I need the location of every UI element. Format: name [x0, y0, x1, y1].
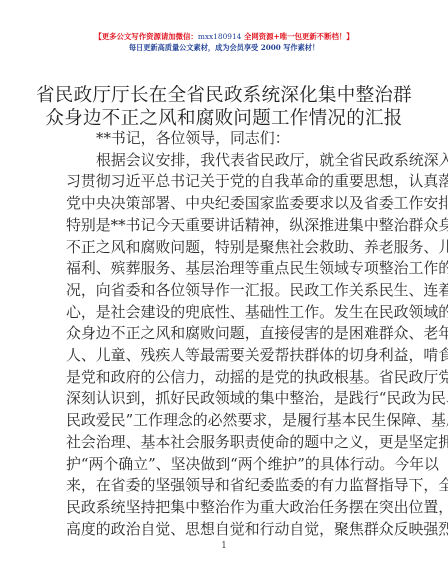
paragraph-line: 社会治理、基本社会服务职责使命的题中之义，更是坚定拥 [66, 432, 384, 454]
promo-suffix: 全网资源+唯一包更新不断档！】 [241, 32, 353, 41]
paragraph-line: 是党和政府的公信力，动摇的是党的执政根基。省民政厅党组 [66, 367, 384, 389]
paragraph-line: 特别是**书记今天重要讲话精神，纵深推进集中整治群众身边 [66, 215, 384, 237]
paragraph-line: 况，向省委和各位领导作一汇报。民政工作关系民生、连着民 [66, 280, 384, 302]
promo-banner-line2: 每日更新高质量公文素材，成为会员享受 2000 写作素材！ [0, 43, 448, 53]
document-title: 省民政厅厅长在全省民政系统深化集中整治群 众身边不正之风和腐败问题工作情况的汇报 [0, 84, 448, 130]
paragraph-line: 党中央决策部署、中央纪委国家监委要求以及省委工作安排， [66, 193, 384, 215]
promo-prefix: 【更多公文写作资源请加微信： [94, 32, 197, 41]
paragraph-line: 习贯彻习近平总书记关于党的自我革命的重要思想，认真落实 [66, 171, 384, 193]
promo-banner-line1: 【更多公文写作资源请加微信：mxx180914 全网资源+唯一包更新不断档！】 [0, 31, 448, 42]
paragraph-line: 深刻认识到，抓好民政领域的集中整治，是践行“民政为民、 [66, 388, 384, 410]
paragraph-line: 民政系统坚持把集中整治作为重大政治任务摆在突出位置，以 [66, 497, 384, 519]
paragraph-line: 心，是社会建设的兜底性、基础性工作。发生在民政领域的群 [66, 302, 384, 324]
paragraph-line: 民政爱民”工作理念的必然要求，是履行基本民生保障、基层 [66, 410, 384, 432]
title-line: 众身边不正之风和腐败问题工作情况的汇报 [0, 107, 448, 130]
paragraph-line: 福利、殡葬服务、基层治理等重点民生领域专项整治工作的情 [66, 258, 384, 280]
document-body: **书记，各位领导，同志们： 根据会议安排，我代表省民政厅，就全省民政系统深入学… [66, 128, 384, 540]
paragraph-line: 护“两个确立”、坚决做到“两个维护”的具体行动。今年以 [66, 454, 384, 476]
paragraph-line: 众身边不正之风和腐败问题，直接侵害的是困难群众、老年 [66, 323, 384, 345]
promo-wechat-id: mxx180914 [198, 32, 242, 41]
paragraph-line: 不正之风和腐败问题，特别是聚焦社会救助、养老服务、儿童 [66, 237, 384, 259]
paragraph-line: 根据会议安排，我代表省民政厅，就全省民政系统深入学 [66, 150, 384, 172]
paragraph-line: 人、儿童、残疾人等最需要关爱帮扶群体的切身利益，啃食的 [66, 345, 384, 367]
salutation: **书记，各位领导，同志们： [96, 128, 384, 150]
title-line: 省民政厅厅长在全省民政系统深化集中整治群 [0, 84, 448, 107]
paragraph-line: 高度的政治自觉、思想自觉和行动自觉，聚焦群众反映强烈的 [66, 519, 384, 541]
paragraph-line: 来，在省委的坚强领导和省纪委监委的有力监督指导下，全省 [66, 475, 384, 497]
page-number: 1 [0, 541, 448, 551]
document-page: 【更多公文写作资源请加微信：mxx180914 全网资源+唯一包更新不断档！】 … [0, 0, 448, 580]
